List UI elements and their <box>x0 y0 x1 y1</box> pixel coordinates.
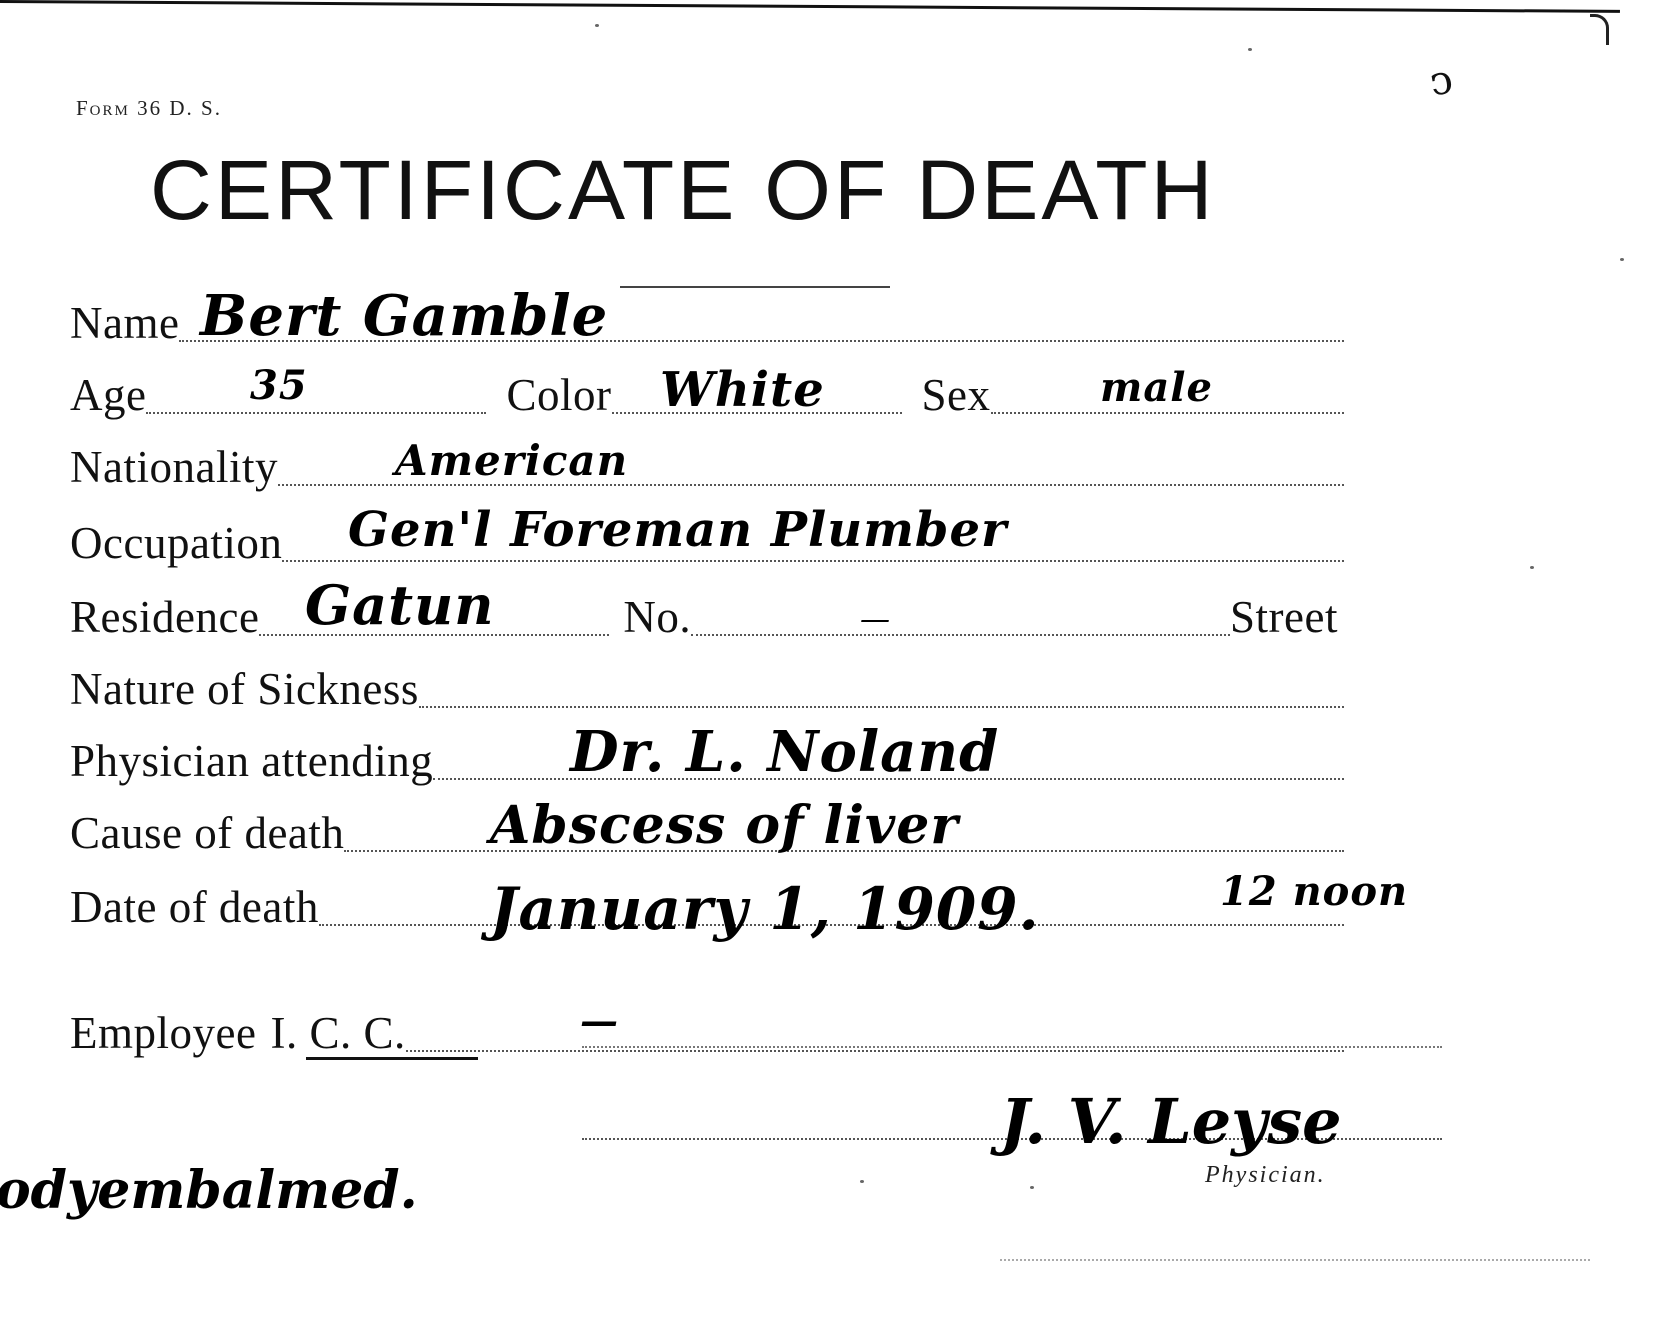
form-number: Form 36 D. S. <box>76 96 222 121</box>
color-value: White <box>660 366 825 414</box>
employee-line <box>406 1048 1344 1052</box>
icc-underline <box>306 1057 478 1060</box>
field-row-employee: Employee I. C. C. <box>70 1000 1344 1060</box>
employee-org-label: I. C. C. <box>270 1011 405 1060</box>
date-of-death-label: Date of death <box>70 885 319 934</box>
employee-value: — <box>580 1002 619 1040</box>
street-label: Street <box>1230 595 1338 644</box>
paper-top-edge <box>0 0 1620 17</box>
color-label: Color <box>506 373 611 422</box>
number-value: — <box>860 605 891 635</box>
occupation-label: Occupation <box>70 521 282 570</box>
name-value: Bert Gamble <box>200 288 608 344</box>
occupation-line <box>282 558 1344 562</box>
number-line <box>691 632 1230 636</box>
residence-label: Residence <box>70 595 259 644</box>
title-rule <box>620 286 890 288</box>
physician-caption: Physician. <box>1205 1162 1326 1189</box>
cause-of-death-label: Cause of death <box>70 811 344 860</box>
age-label: Age <box>70 373 146 422</box>
paper-speck <box>1030 1186 1034 1189</box>
corner-handwritten-mark: ↄ <box>1426 56 1456 105</box>
sex-label: Sex <box>922 373 991 422</box>
employee-label: Employee <box>70 1011 256 1060</box>
paper-speck <box>1530 566 1534 569</box>
nationality-label: Nationality <box>70 445 278 494</box>
margin-note-body-embalmed: odyembalmed. <box>0 1160 418 1221</box>
time-of-death-value: 12 noon <box>1220 872 1408 912</box>
date-of-death-value: January 1, 1909. <box>490 880 1040 938</box>
nationality-value: American <box>395 440 628 482</box>
occupation-value: Gen'l Foreman Plumber <box>348 506 1007 554</box>
field-row-nationality: Nationality <box>70 434 1344 494</box>
certificate-title: CERTIFICATE OF DEATH <box>150 142 1216 239</box>
residence-value: Gatun <box>305 578 495 632</box>
cause-of-death-value: Abscess of liver <box>490 800 959 852</box>
physician-attending-label: Physician attending <box>70 739 433 788</box>
paper-speck <box>595 24 599 27</box>
sex-value: male <box>1100 368 1213 408</box>
bottom-smudge <box>1000 1255 1590 1261</box>
nature-of-sickness-label: Nature of Sickness <box>70 667 419 716</box>
number-label: No. <box>623 595 691 644</box>
signature-upper-line <box>582 1046 1442 1048</box>
age-line <box>146 410 486 414</box>
field-row-residence: Residence No. Street <box>70 584 1338 644</box>
field-row-nature-of-sickness: Nature of Sickness <box>70 656 1344 716</box>
nature-of-sickness-line <box>419 704 1344 708</box>
physician-attending-value: Dr. L. Noland <box>570 724 999 780</box>
paper-corner-curl <box>1590 14 1609 45</box>
physician-signature: J. V. Leyse <box>1000 1085 1342 1158</box>
paper-speck <box>860 1180 864 1183</box>
paper-speck <box>1248 48 1252 51</box>
name-label: Name <box>70 301 179 350</box>
paper-speck <box>1620 258 1624 261</box>
age-value: 35 <box>250 366 308 406</box>
